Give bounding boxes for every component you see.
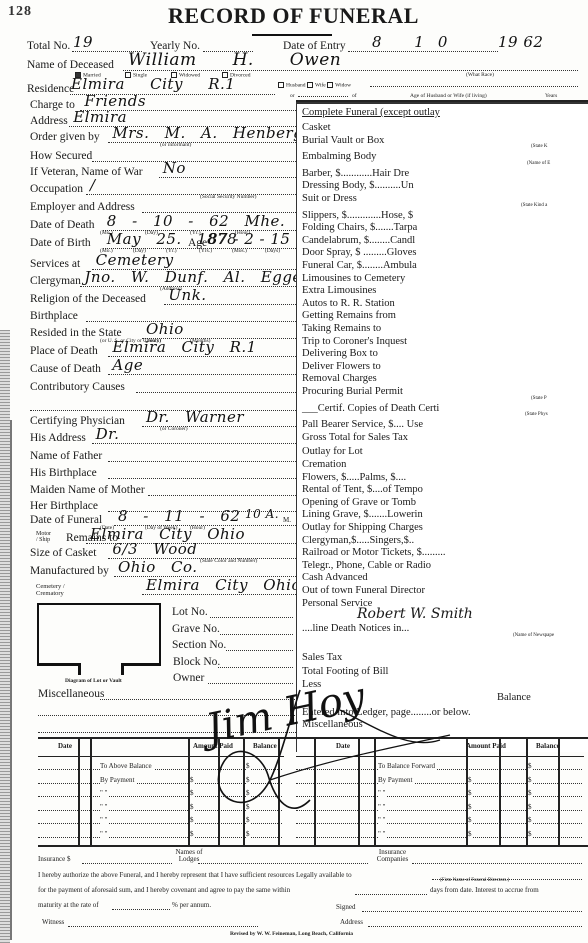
charge-line-item[interactable]: Flowers, $.....Palms, $.... <box>302 472 406 483</box>
charge-line-item[interactable]: Trip to Coroner's Inquest <box>302 336 407 347</box>
signature-flourish-icon <box>150 680 460 840</box>
rate-line[interactable] <box>112 908 170 910</box>
field-label-contributory-causes: Contributory Causes <box>30 381 125 393</box>
charge-line-item[interactable]: Limousines to Cemetery <box>302 273 405 284</box>
spouse-name-line <box>298 95 348 97</box>
name-of-deceased-label: Name of Deceased <box>27 59 114 71</box>
charge-line-item[interactable]: Delivering Box to <box>302 348 378 359</box>
charge-line-item[interactable]: Funeral Car, $........Ambula <box>302 260 417 271</box>
field-label-his-birthplace: His Birthplace <box>30 467 97 479</box>
dollar-sign: $ <box>528 789 532 797</box>
field-label-birthplace: Birthplace <box>30 310 78 322</box>
charge-line-item[interactable]: Opening of Grave or Tomb <box>302 497 416 508</box>
days-line[interactable] <box>355 893 427 895</box>
charge-line-item[interactable]: Extra Limousines <box>302 285 376 296</box>
field-value[interactable]: Elmira City R.1 <box>112 338 256 356</box>
field-input-line[interactable] <box>92 442 296 444</box>
charge-line-item[interactable]: Gross Total for Sales Tax <box>302 432 408 443</box>
charge-line-item[interactable]: Door Spray, $ .........Gloves <box>302 247 417 258</box>
charge-line-item[interactable]: Folding Chairs, $.......Tarpa <box>302 222 417 233</box>
charge-line-item[interactable]: ....line Death Notices in... <box>302 623 409 634</box>
witness-label: Witness <box>42 918 64 926</box>
lot-diagram-caption: Diagram of Lot or Vault <box>65 678 122 684</box>
insurance-line[interactable] <box>82 862 172 864</box>
charge-line-item[interactable]: Deliver Flowers to <box>302 361 381 372</box>
charge-line-item: (State K <box>531 144 548 149</box>
charge-line-item[interactable]: Slippers, $.............Hose, $ <box>302 210 413 221</box>
firm-name-label: (Firm Name of Funeral Directors.) <box>440 878 509 883</box>
ledger-bottom-rule <box>38 845 588 847</box>
companies-label: Insurance Companies <box>370 849 415 863</box>
age-value[interactable]: 87 - 2 - 15 <box>208 230 290 248</box>
ledger-date-header: Date <box>58 742 72 750</box>
total-no-value[interactable]: 19 <box>73 33 93 51</box>
field-input-line[interactable] <box>108 460 296 462</box>
percent-text: % per annum. <box>172 901 211 909</box>
date-of-entry-year[interactable]: 19 62 <box>498 33 543 51</box>
charge-line-item: (State P <box>531 396 547 401</box>
field-label-religion-of-the-deceased: Religion of the Deceased <box>30 293 146 305</box>
grave-no-label: Grave No. <box>172 623 220 635</box>
age-spouse-label: Age of Husband or Wife (if living) <box>410 93 487 99</box>
companies-line[interactable] <box>412 862 582 864</box>
charges-overlay-panel: Complete Funeral (except outlayCasketBur… <box>296 102 588 752</box>
spouse-or: or <box>290 93 295 99</box>
charge-line-item[interactable]: Pall Bearer Service, $.... Use <box>302 419 423 430</box>
lot-diagram-box <box>37 603 161 666</box>
motor-ship-prefix: Motor / Ship <box>36 531 54 543</box>
dollar-sign: $ <box>528 830 532 838</box>
field-value[interactable]: Ohio <box>146 320 184 338</box>
block-no-line[interactable] <box>218 666 293 668</box>
years-label: Years <box>545 93 557 99</box>
funeral-record-page: 128 RECORD OF FUNERAL Total No. 19 Yearl… <box>0 0 588 943</box>
charge-line-item[interactable]: Robert W. Smith <box>357 606 473 622</box>
ledger-column-divider <box>558 739 560 845</box>
witness-line[interactable] <box>68 925 258 927</box>
dollar-sign: $ <box>468 816 472 824</box>
address-line[interactable] <box>368 925 582 927</box>
page-title: RECORD OF FUNERAL <box>168 3 419 29</box>
dollar-sign: $ <box>468 830 472 838</box>
charge-line-item[interactable]: Barber, $............Hair Dre <box>302 168 409 179</box>
field-label-if-veteran-name-of-war: If Veteran, Name of War <box>30 166 143 178</box>
field-sublabel: (Yrs.) <box>199 248 212 254</box>
charge-line-item[interactable]: Telegr., Phone, Cable or Radio <box>302 560 431 571</box>
charge-line-item[interactable]: Railroad or Motor Tickets, $......... <box>302 547 446 558</box>
field-label-cemetery-crematory: Cemetery / Crematory <box>36 583 74 597</box>
ledger-balance-header: Balance <box>536 742 560 750</box>
ledger-row-label: " " <box>100 803 109 811</box>
charge-line-item: (Name of Newspape <box>513 633 554 638</box>
charge-line-item[interactable]: Dressing Body, $..........Un <box>302 180 414 191</box>
insurance-label: Insurance $ <box>38 855 70 863</box>
miscellaneous-label: Miscellaneous <box>38 688 104 700</box>
charge-line-item[interactable]: Outlay for Lot <box>302 446 363 457</box>
field-label-occupation: Occupation <box>30 183 83 195</box>
lot-diagram-edge <box>121 663 161 666</box>
field-sublabel: (State Color and Number) <box>200 558 257 564</box>
field-sublabel: (Days) <box>265 248 280 254</box>
field-value[interactable]: / <box>90 176 96 194</box>
field-sublabel: (Social Security Number) <box>200 194 257 200</box>
lot-diagram-leg <box>78 663 81 675</box>
charge-line-item[interactable]: Procuring Burial Permit <box>302 386 403 397</box>
field-value[interactable]: Age <box>112 356 143 374</box>
field-label-date-of-birth: Date of Birth <box>30 237 91 249</box>
dollar-sign: $ <box>468 776 472 784</box>
field-value[interactable]: Elmira City Ohio <box>146 576 301 594</box>
lot-no-label: Lot No. <box>172 606 208 618</box>
charge-line-item[interactable]: Embalming Body <box>302 151 376 162</box>
spouse-of: of <box>352 93 357 99</box>
address-label: Address <box>340 918 363 926</box>
overlay-top-rule <box>296 100 588 102</box>
charge-line-item[interactable]: Rental of Tent, $....of Tempo <box>302 484 423 495</box>
spouse-options: Husband Wife Widow <box>278 82 351 88</box>
field-input-line[interactable] <box>136 391 296 393</box>
ledger-row-label: " " <box>100 789 109 797</box>
charge-line-item[interactable]: Out of town Funeral Director <box>302 585 425 596</box>
ledger-column-divider <box>78 739 80 845</box>
field-label-cause-of-death: Cause of Death <box>30 363 101 375</box>
signed-label: Signed <box>336 903 355 911</box>
charge-line-item[interactable]: Sales Tax <box>302 652 342 663</box>
wife-checkbox[interactable] <box>307 82 313 88</box>
charge-line-item[interactable]: Taking Remains to <box>302 323 381 334</box>
charge-line-item: (State Kind a <box>521 203 547 208</box>
payment-text: for the payment of aforesaid sum, and I … <box>38 886 290 894</box>
charge-line-item[interactable]: Removal Charges <box>302 373 377 384</box>
field-value[interactable]: Jno. W. Dunf. Al. Eggett <box>84 268 314 286</box>
total-no-label: Total No. <box>27 40 70 52</box>
field-value[interactable]: 8 - 11 - 62 <box>118 507 240 525</box>
field-value[interactable]: Ohio Co. <box>118 558 198 576</box>
signed-line[interactable] <box>362 910 582 912</box>
lodges-line[interactable] <box>198 862 368 864</box>
revised-by-text: Revised by W. W. Feineman, Long Beach, C… <box>230 931 353 937</box>
charge-line-item[interactable]: Balance <box>497 692 531 703</box>
charge-line-item[interactable]: Cremation <box>302 459 346 470</box>
dollar-sign: $ <box>528 816 532 824</box>
lot-diagram-leg <box>121 663 124 675</box>
field-label-her-birthplace: Her Birthplace <box>30 500 98 512</box>
husband-checkbox[interactable] <box>278 82 284 88</box>
dollar-sign: $ <box>468 803 472 811</box>
page-binding-line <box>10 420 12 940</box>
charge-line-item[interactable]: Complete Funeral (except outlay <box>302 107 440 118</box>
field-sublabel: (or informant) <box>160 142 191 148</box>
title-underline <box>252 34 332 36</box>
charge-line-item[interactable]: Autos to R. R. Station <box>302 298 395 309</box>
funeral-time-suffix: M. <box>283 516 291 524</box>
field-value[interactable]: Dr. Warner <box>146 408 244 426</box>
field-label-how-secured: How Secured <box>30 150 92 162</box>
field-label-place-of-death: Place of Death <box>30 345 98 357</box>
charge-line-item[interactable]: ___Certif. Copies of Death Certi <box>302 403 439 414</box>
charge-line-item[interactable]: Getting Remains from <box>302 310 396 321</box>
ledger-column-divider <box>90 739 92 845</box>
lot-no-line[interactable] <box>210 616 293 618</box>
field-label-services-at: Services at <box>30 258 80 270</box>
charge-line-item[interactable]: Lining Grave, $.......Lowerin <box>302 509 423 520</box>
field-label-clergyman: Clergyman <box>30 275 81 287</box>
charge-line-item: (Name of E <box>527 161 550 166</box>
field-label-name-of-father: Name of Father <box>30 450 102 462</box>
charge-line-item[interactable]: Casket <box>302 122 331 133</box>
field-value[interactable]: Mrs. M. A. Henberg <box>112 124 303 142</box>
ledger-row-label: " " <box>100 830 109 838</box>
block-no-label: Block No. <box>173 656 220 668</box>
charge-line-item[interactable]: Burial Vault or Box <box>302 135 384 146</box>
field-label-charge-to: Charge to <box>30 99 75 111</box>
lodges-label: Names of Lodges <box>174 849 204 863</box>
dollar-sign: $ <box>468 789 472 797</box>
grave-no-line[interactable] <box>220 633 293 635</box>
name-of-deceased-value[interactable]: William H. Owen <box>128 50 341 70</box>
ledger-column-divider <box>466 739 468 845</box>
field-label-address: Address <box>30 115 68 127</box>
authorize-text: I hereby authorize the above Funeral, an… <box>38 871 352 879</box>
ledger-row-label: " " <box>100 816 109 824</box>
charge-line-item[interactable]: Outlay for Shipping Charges <box>302 522 423 533</box>
page-number: 128 <box>8 4 32 20</box>
field-label-manufactured-by: Manufactured by <box>30 565 109 577</box>
field-label-maiden-name-of-mother: Maiden Name of Mother <box>30 484 145 496</box>
field-input-line[interactable] <box>92 160 296 162</box>
what-race-label: (What Race) <box>466 72 494 78</box>
field-value[interactable]: Unk. <box>168 286 206 304</box>
charge-line-item: (State Phys <box>525 412 548 417</box>
dollar-sign: $ <box>528 776 532 784</box>
charge-line-item[interactable]: Cash Advanced <box>302 572 368 583</box>
dollar-sign: $ <box>528 803 532 811</box>
field-sublabel: (or Coroner) <box>160 426 188 432</box>
field-value[interactable]: No <box>163 159 186 177</box>
page-binding-edge <box>0 330 10 943</box>
field-value[interactable]: 6/3 Wood <box>112 540 197 558</box>
residence-label: Residence <box>27 83 74 95</box>
maturity-text: maturity at the rate of <box>38 901 99 909</box>
field-value[interactable]: Dr. <box>96 425 120 443</box>
lot-diagram-edge <box>37 663 80 666</box>
field-sublabel: (Mos.) <box>232 248 247 254</box>
field-input-line[interactable] <box>86 320 296 322</box>
field-label-date-of-death: Date of Death <box>30 219 95 231</box>
section-no-line[interactable] <box>226 649 293 651</box>
ledger-column-divider <box>499 739 501 845</box>
charge-line-item[interactable]: Suit or Dress <box>302 193 357 204</box>
days-text: days from date. Interest to accrue from <box>430 886 539 894</box>
field-input-line[interactable] <box>108 477 296 479</box>
widow-checkbox[interactable] <box>327 82 333 88</box>
field-label-order-given-by: Order given by <box>30 131 100 143</box>
ledger-row-label: By Payment <box>100 776 136 784</box>
charge-line-item[interactable]: Candelabrum, $........Candl <box>302 235 415 246</box>
funeral-time-value[interactable]: 10 A. <box>245 507 279 521</box>
field-input-line[interactable] <box>86 193 296 195</box>
residence-value[interactable]: Elmira City R.1 <box>71 75 235 93</box>
field-label-size-of-casket: Size of Casket <box>30 547 96 559</box>
field-value[interactable]: Cemetery <box>96 251 174 269</box>
field-input-line[interactable] <box>148 494 296 496</box>
spouse-age-line-top <box>370 85 578 87</box>
dollar-sign: $ <box>528 762 532 770</box>
ledger-row-label: To Above Balance <box>100 762 154 770</box>
ledger-column-divider <box>526 739 528 845</box>
charge-line-item[interactable]: Clergyman,$.....Singers,$.. <box>302 535 414 546</box>
field-value[interactable]: 8 - 10 - 62 Mhe. <box>107 212 285 230</box>
field-label-his-address: His Address <box>30 432 86 444</box>
date-of-entry-value[interactable]: 8 10 <box>372 33 461 51</box>
section-no-label: Section No. <box>172 639 226 651</box>
